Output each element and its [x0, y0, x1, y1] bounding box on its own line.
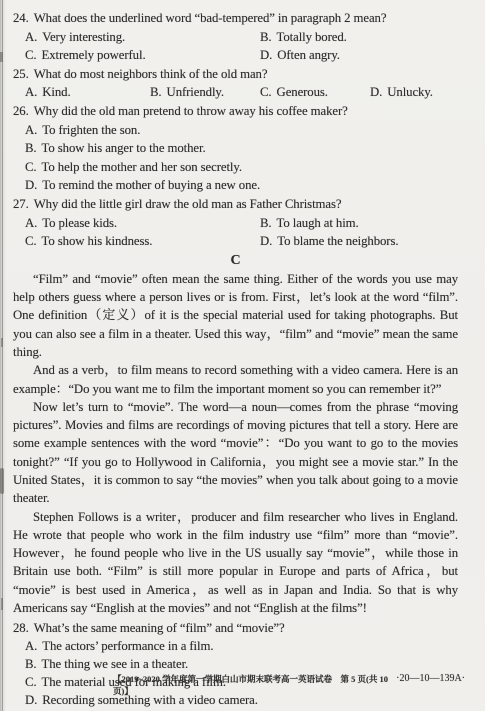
option-28B: B.The thing we see in a theater. [25, 655, 458, 673]
option-27D: D.To blame the neighbors. [260, 232, 458, 251]
scan-speck [1, 598, 3, 610]
option-24B: B.Totally bored. [260, 28, 458, 47]
option-25A: A.Kind. [25, 83, 150, 102]
option-24D: D.Often angry. [260, 46, 458, 65]
question-26-stem: 26. Why did the old man pretend to throw… [13, 102, 458, 121]
question-24: 24. What does the underlined word “bad-t… [13, 9, 458, 65]
option-label: B. [150, 85, 162, 99]
option-26D: D.To remind the mother of buying a new o… [25, 176, 458, 195]
option-26A: A.To frighten the son. [25, 121, 458, 140]
option-label: B. [25, 141, 37, 155]
option-text: To laugh at him. [277, 216, 359, 230]
option-label: D. [260, 234, 272, 248]
option-text: Totally bored. [277, 30, 347, 44]
option-text: To help the mother and her son secretly. [42, 160, 242, 174]
option-24C: C.Extremely powerful. [25, 46, 260, 65]
question-28-stem: 28. What’s the same meaning of “film” an… [13, 619, 458, 637]
option-text: Extremely powerful. [42, 48, 146, 62]
option-25B: B.Unfriendly. [150, 83, 260, 102]
question-25: 25. What do most neighbors think of the … [13, 65, 458, 102]
scan-speck [0, 52, 3, 62]
question-26-options: A.To frighten the son. B.To show his ang… [25, 121, 458, 195]
reading-passage: “Film” and “movie” often mean the same t… [13, 270, 458, 618]
option-label: B. [260, 216, 272, 230]
question-number: 24. [13, 9, 29, 28]
option-text: To show his anger to the mother. [42, 141, 206, 155]
option-26B: B.To show his anger to the mother. [25, 139, 458, 158]
question-text: Why did the little girl draw the old man… [34, 195, 458, 214]
question-27-stem: 27. Why did the little girl draw the old… [13, 195, 458, 214]
option-text: Kind. [42, 85, 70, 99]
option-27C: C.To show his kindness. [25, 232, 260, 251]
question-number: 28. [13, 619, 29, 637]
footer-paper-code: ·20—10—139A· [396, 673, 465, 684]
page-content: 24. What does the underlined word “bad-t… [13, 9, 458, 709]
option-24A: A.Very interesting. [25, 28, 260, 47]
option-text: Unfriendly. [167, 85, 224, 99]
option-27B: B.To laugh at him. [260, 214, 458, 233]
option-label: C. [25, 48, 37, 62]
option-label: C. [260, 85, 272, 99]
passage-paragraph-2: And as a verb，to film means to record so… [13, 361, 458, 398]
question-25-stem: 25. What do most neighbors think of the … [13, 65, 458, 84]
question-24-stem: 24. What does the underlined word “bad-t… [13, 9, 458, 28]
option-text: The actors’ performance in a film. [42, 639, 213, 653]
option-28A: A.The actors’ performance in a film. [25, 637, 458, 655]
option-25C: C.Generous. [260, 83, 370, 102]
option-label: D. [260, 48, 272, 62]
option-label: D. [370, 85, 382, 99]
option-text: The thing we see in a theater. [42, 657, 189, 671]
option-label: D. [25, 178, 37, 192]
option-text: To blame the neighbors. [277, 234, 398, 248]
option-label: A. [25, 216, 37, 230]
question-text: What does the underlined word “bad-tempe… [34, 9, 458, 28]
page-footer: 【2019~2020 学年度第一学期白山市期末联考高一英语试卷 第 5 页(共 … [0, 673, 485, 697]
option-text: To show his kindness. [42, 234, 153, 248]
question-24-options: A.Very interesting. B.Totally bored. C.E… [25, 28, 458, 65]
passage-paragraph-1: “Film” and “movie” often mean the same t… [13, 270, 458, 361]
option-text: To please kids. [42, 216, 117, 230]
question-number: 26. [13, 102, 29, 121]
option-25D: D.Unlucky. [370, 83, 458, 102]
option-label: C. [25, 160, 37, 174]
passage-section-label: C [13, 252, 458, 270]
option-label: B. [25, 657, 37, 671]
option-text: Very interesting. [42, 30, 125, 44]
option-label: A. [25, 30, 37, 44]
question-text: Why did the old man pretend to throw awa… [34, 102, 458, 121]
option-text: To remind the mother of buying a new one… [42, 178, 260, 192]
option-label: C. [25, 234, 37, 248]
option-text: Generous. [277, 85, 328, 99]
question-number: 25. [13, 65, 29, 84]
option-27A: A.To please kids. [25, 214, 260, 233]
passage-paragraph-3: Now let’s turn to “movie”. The word—a no… [13, 398, 458, 508]
question-text: What do most neighbors think of the old … [34, 65, 458, 84]
option-label: A. [25, 639, 37, 653]
option-label: A. [25, 123, 37, 137]
question-text: What’s the same meaning of “film” and “m… [34, 619, 458, 637]
option-text: To frighten the son. [42, 123, 140, 137]
question-number: 27. [13, 195, 29, 214]
question-25-options: A.Kind. B.Unfriendly. C.Generous. D.Unlu… [25, 83, 458, 102]
exam-page-scan: 24. What does the underlined word “bad-t… [0, 0, 485, 711]
option-26C: C.To help the mother and her son secretl… [25, 158, 458, 177]
option-label: A. [25, 85, 37, 99]
footer-exam-title: 【2019~2020 学年度第一学期白山市期末联考高一英语试卷 第 5 页(共 … [113, 673, 388, 697]
question-27: 27. Why did the little girl draw the old… [13, 195, 458, 251]
option-text: Unlucky. [387, 85, 433, 99]
scan-speck [0, 468, 4, 494]
scan-speck [1, 338, 3, 347]
question-27-options: A.To please kids. B.To laugh at him. C.T… [25, 214, 458, 251]
question-26: 26. Why did the old man pretend to throw… [13, 102, 458, 195]
option-label: B. [260, 30, 272, 44]
passage-paragraph-4: Stephen Follows is a writer，producer and… [13, 508, 458, 618]
option-text: Often angry. [277, 48, 340, 62]
